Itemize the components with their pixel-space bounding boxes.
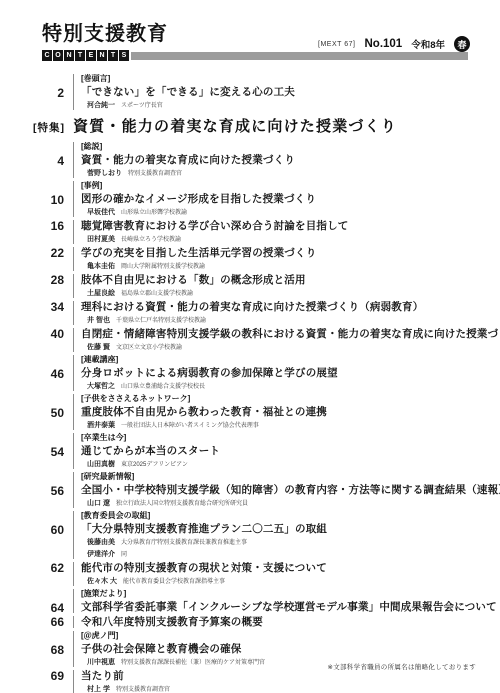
author-affiliation: 大分県教育庁特別支援教育課長兼教育推進主事 (121, 540, 247, 546)
page-number: 40 (33, 328, 64, 340)
toc-entry: 69当たり前村上 学特別支援教育調査官 (33, 670, 468, 693)
entry-title: 文部科学省委託事業「インクルーシブな学校運営モデル事業」中間成果報告会について (81, 601, 468, 613)
author-affiliation: 特別支援教育課課長補佐（兼）医療的ケア対策専門官 (121, 660, 265, 666)
author-name: 早坂佳代 (87, 209, 115, 216)
entry-body: 能代市の特別支援教育の現状と対策・支援について佐々木 大能代市教育委員会学校教育… (73, 562, 468, 586)
contents-letter: E (86, 50, 96, 61)
toc-entry: 64[施策だより]文部科学省委託事業「インクルーシブな学校運営モデル事業」中間成… (33, 589, 468, 613)
author-line: 酒井泰葉一般社団法人日本障がい者スイミング協会代表理事 (81, 419, 468, 430)
toc-entry: 2[巻頭言]「できない」を「できる」に変える心の工夫河合純一スポーツ庁長官 (33, 74, 468, 110)
author-affiliation: 山形県立山形聾学校教諭 (121, 210, 187, 216)
mext-code: [MEXT 67] (318, 41, 355, 48)
author-line: 佐藤 賢文京区立文京小学校教諭 (81, 341, 468, 352)
entry-body: [研究最新情報]全国小・中学校特別支援学級（知的障害）の教育内容・方法等に関する… (73, 472, 468, 508)
entry-title: 分身ロボットによる病弱教育の参加保障と学びの展望 (81, 367, 468, 379)
page-number: 4 (33, 155, 64, 167)
entry-body: 令和八年度特別支援教育予算案の概要 (73, 616, 468, 628)
author-line: 井 智也千葉県立仁戸名特別支援学校教諭 (81, 314, 468, 325)
page-number: 34 (33, 301, 64, 313)
section-label: [＠虎ノ門] (81, 631, 468, 641)
author-line: 山口 遼独立行政法人国立特別支援教育総合研究所研究員 (81, 497, 468, 508)
author-line: 佐々木 大能代市教育委員会学校教育課指導主事 (81, 575, 468, 586)
entry-title: 学びの充実を目指した生活単元学習の授業づくり (81, 247, 468, 259)
entry-title: 令和八年度特別支援教育予算案の概要 (81, 616, 468, 628)
toc-entry: 66令和八年度特別支援教育予算案の概要 (33, 616, 468, 628)
author-name: 村上 学 (87, 686, 110, 693)
author-line: 田村夏美長崎県立ろう学校教諭 (81, 233, 468, 244)
author-affiliation: 能代市教育委員会学校教育課指導主事 (123, 579, 225, 585)
entry-title: 子供の社会保障と教育機会の確保 (81, 643, 468, 655)
page-number: 68 (33, 644, 64, 656)
author-name: 亀本圭佑 (87, 263, 115, 270)
section-label: [総説] (81, 142, 468, 152)
section-label: [子供をささえるネットワーク] (81, 394, 468, 404)
author-affiliation: 岡山大学附属特別支援学校教諭 (121, 264, 205, 270)
entry-body: 肢体不自由児における「数」の概念形成と活用土屋良絵福島県立郡山支援学校教諭 (73, 274, 468, 298)
author-affiliation: 同 (121, 552, 127, 558)
author-affiliation: 福島県立郡山支援学校教諭 (121, 291, 193, 297)
page-number: 22 (33, 247, 64, 259)
author-line: 菅野しおり特別支援教育調査官 (81, 167, 468, 178)
author-affiliation: 山口県立豊浦総合支援学校校長 (121, 384, 205, 390)
author-line: 後藤由美大分県教育庁特別支援教育課長兼教育推進主事 (81, 536, 468, 547)
author-name: 井 智也 (87, 317, 110, 324)
contents-letter: T (108, 50, 118, 61)
toc-entry: 28肢体不自由児における「数」の概念形成と活用土屋良絵福島県立郡山支援学校教諭 (33, 274, 468, 298)
entry-body: [教育委員会の取組]「大分県特別支援教育推進プラン二〇二五」の取組後藤由美大分県… (73, 511, 468, 559)
entry-title: 「大分県特別支援教育推進プラン二〇二五」の取組 (81, 523, 468, 535)
page-number: 60 (33, 524, 64, 536)
feature-heading: [特集]資質・能力の着実な育成に向けた授業づくり (33, 115, 468, 136)
entry-title: 重度肢体不自由児から教わった教育・福祉との連携 (81, 406, 468, 418)
author-line: 河合純一スポーツ庁長官 (81, 99, 468, 110)
entry-body: 聴覚障害教育における学び合い深め合う討論を目指して田村夏美長崎県立ろう学校教諭 (73, 220, 468, 244)
page-number: 66 (33, 616, 64, 628)
issue-info: [MEXT 67] No.101 令和8年 春 (318, 36, 470, 52)
header-rule (131, 52, 468, 60)
section-label: [連載講座] (81, 355, 468, 365)
toc-entry: 54[卒業生は今]通じてからが本当のスタート山田真樹東京2025デフリンピアン (33, 433, 468, 469)
entry-body: 学びの充実を目指した生活単元学習の授業づくり亀本圭佑岡山大学附属特別支援学校教諭 (73, 247, 468, 271)
entry-body: [卒業生は今]通じてからが本当のスタート山田真樹東京2025デフリンピアン (73, 433, 468, 469)
author-name: 菅野しおり (87, 170, 122, 177)
section-label: [教育委員会の取組] (81, 511, 468, 521)
toc-entry: 34理科における資質・能力の着実な育成に向けた授業づくり（病弱教育）井 智也千葉… (33, 301, 468, 325)
toc-entry: 4[総説]資質・能力の着実な育成に向けた授業づくり菅野しおり特別支援教育調査官 (33, 142, 468, 178)
page-number: 10 (33, 194, 64, 206)
author-affiliation: 長崎県立ろう学校教諭 (121, 237, 181, 243)
author-line: 村上 学特別支援教育調査官 (81, 683, 468, 693)
feature-title: 資質・能力の着実な育成に向けた授業づくり (73, 115, 397, 136)
contents-letter: T (75, 50, 85, 61)
contents-letter: C (42, 50, 52, 61)
entry-title: 「できない」を「できる」に変える心の工夫 (81, 86, 468, 98)
page-number: 56 (33, 485, 64, 497)
entry-title: 全国小・中学校特別支援学級（知的障害）の教育内容・方法等に関する調査結果（速報） (81, 484, 468, 496)
author-line: 亀本圭佑岡山大学附属特別支援学校教諭 (81, 260, 468, 271)
entry-title: 理科における資質・能力の着実な育成に向けた授業づくり（病弱教育） (81, 301, 468, 313)
toc-entry: 46[連載講座]分身ロボットによる病弱教育の参加保障と学びの展望大塚哲之山口県立… (33, 355, 468, 391)
author-name: 川中視恵 (87, 659, 115, 666)
section-label: [事例] (81, 181, 468, 191)
author-name: 田村夏美 (87, 236, 115, 243)
contents-letter: N (64, 50, 74, 61)
toc-entry: 60[教育委員会の取組]「大分県特別支援教育推進プラン二〇二五」の取組後藤由美大… (33, 511, 468, 559)
entry-body: [事例]図形の確かなイメージ形成を目指した授業づくり早坂佳代山形県立山形聾学校教… (73, 181, 468, 217)
toc-list: 2[巻頭言]「できない」を「できる」に変える心の工夫河合純一スポーツ庁長官[特集… (33, 74, 468, 693)
page-number: 69 (33, 670, 64, 682)
page-number: 54 (33, 446, 64, 458)
page-number: 62 (33, 562, 64, 574)
entry-body: [総説]資質・能力の着実な育成に向けた授業づくり菅野しおり特別支援教育調査官 (73, 142, 468, 178)
page-number: 16 (33, 220, 64, 232)
author-name: 佐々木 大 (87, 578, 117, 585)
magazine-contents-page: 特別支援教育 [MEXT 67] No.101 令和8年 春 CONTENTS … (0, 0, 500, 693)
feature-label: [特集] (33, 120, 73, 135)
page-number: 64 (33, 602, 64, 614)
author-name: 河合純一 (87, 102, 115, 109)
author-line: 山田真樹東京2025デフリンピアン (81, 458, 468, 469)
author-affiliation: 特別支援教育調査官 (128, 171, 182, 177)
author-name: 伊達洋介 (87, 551, 115, 558)
author-line: 早坂佳代山形県立山形聾学校教諭 (81, 206, 468, 217)
author-affiliation: 東京2025デフリンピアン (121, 462, 188, 468)
page-number: 28 (33, 274, 64, 286)
author-name: 酒井泰葉 (87, 422, 115, 429)
toc-entry: 50[子供をささえるネットワーク]重度肢体不自由児から教わった教育・福祉との連携… (33, 394, 468, 430)
author-name: 土屋良絵 (87, 290, 115, 297)
entry-title: 資質・能力の着実な育成に向けた授業づくり (81, 154, 468, 166)
toc-entry: 16聴覚障害教育における学び合い深め合う討論を目指して田村夏美長崎県立ろう学校教… (33, 220, 468, 244)
entry-body: 理科における資質・能力の着実な育成に向けた授業づくり（病弱教育）井 智也千葉県立… (73, 301, 468, 325)
toc-entry: 10[事例]図形の確かなイメージ形成を目指した授業づくり早坂佳代山形県立山形聾学… (33, 181, 468, 217)
contents-letter: N (97, 50, 107, 61)
entry-body: [巻頭言]「できない」を「できる」に変える心の工夫河合純一スポーツ庁長官 (73, 74, 468, 110)
author-name: 山田真樹 (87, 461, 115, 468)
page-number: 50 (33, 407, 64, 419)
section-label: [卒業生は今] (81, 433, 468, 443)
footer-note: ※文部科学省職員の所属名は簡略化しております (327, 662, 476, 671)
contents-letter: O (53, 50, 63, 61)
author-name: 後藤由美 (87, 539, 115, 546)
entry-body: [施策だより]文部科学省委託事業「インクルーシブな学校運営モデル事業」中間成果報… (73, 589, 468, 613)
entry-title: 当たり前 (81, 670, 468, 682)
author-line: 伊達洋介同 (81, 548, 468, 559)
section-label: [施策だより] (81, 589, 468, 599)
entry-title: 能代市の特別支援教育の現状と対策・支援について (81, 562, 468, 574)
author-name: 大塚哲之 (87, 383, 115, 390)
author-affiliation: 特別支援教育調査官 (116, 687, 170, 693)
toc-entry: 40自閉症・情緒障害特別支援学級の教科における資質・能力の着実な育成に向けた授業… (33, 328, 468, 352)
contents-letters: CONTENTS (42, 50, 129, 61)
entry-title: 通じてからが本当のスタート (81, 445, 468, 457)
issue-number: No.101 (364, 38, 402, 50)
author-name: 山口 遼 (87, 500, 110, 507)
section-label: [巻頭言] (81, 74, 468, 84)
entry-body: [子供をささえるネットワーク]重度肢体不自由児から教わった教育・福祉との連携酒井… (73, 394, 468, 430)
entry-body: 自閉症・情緒障害特別支援学級の教科における資質・能力の着実な育成に向けた授業づく… (73, 328, 468, 352)
entry-title: 肢体不自由児における「数」の概念形成と活用 (81, 274, 468, 286)
author-affiliation: 一般社団法人日本障がい者スイミング協会代表理事 (121, 423, 259, 429)
author-line: 土屋良絵福島県立郡山支援学校教諭 (81, 287, 468, 298)
author-affiliation: 千葉県立仁戸名特別支援学校教諭 (116, 318, 206, 324)
toc-entry: 22学びの充実を目指した生活単元学習の授業づくり亀本圭佑岡山大学附属特別支援学校… (33, 247, 468, 271)
era-year: 令和8年 (411, 37, 445, 51)
toc-entry: 56[研究最新情報]全国小・中学校特別支援学級（知的障害）の教育内容・方法等に関… (33, 472, 468, 508)
author-affiliation: 文京区立文京小学校教諭 (116, 345, 182, 351)
toc-entry: 62能代市の特別支援教育の現状と対策・支援について佐々木 大能代市教育委員会学校… (33, 562, 468, 586)
page-number: 46 (33, 368, 64, 380)
entry-body: 当たり前村上 学特別支援教育調査官 (73, 670, 468, 693)
section-label: [研究最新情報] (81, 472, 468, 482)
season-badge: 春 (454, 36, 470, 52)
author-affiliation: 独立行政法人国立特別支援教育総合研究所研究員 (116, 501, 248, 507)
entry-body: [連載講座]分身ロボットによる病弱教育の参加保障と学びの展望大塚哲之山口県立豊浦… (73, 355, 468, 391)
page-number: 2 (33, 87, 64, 99)
entry-title: 聴覚障害教育における学び合い深め合う討論を目指して (81, 220, 468, 232)
entry-title: 図形の確かなイメージ形成を目指した授業づくり (81, 193, 468, 205)
contents-letter: S (119, 50, 129, 61)
author-name: 佐藤 賢 (87, 344, 110, 351)
entry-title: 自閉症・情緒障害特別支援学級の教科における資質・能力の着実な育成に向けた授業づく… (81, 328, 468, 340)
author-affiliation: スポーツ庁長官 (121, 103, 163, 109)
author-line: 大塚哲之山口県立豊浦総合支援学校校長 (81, 380, 468, 391)
